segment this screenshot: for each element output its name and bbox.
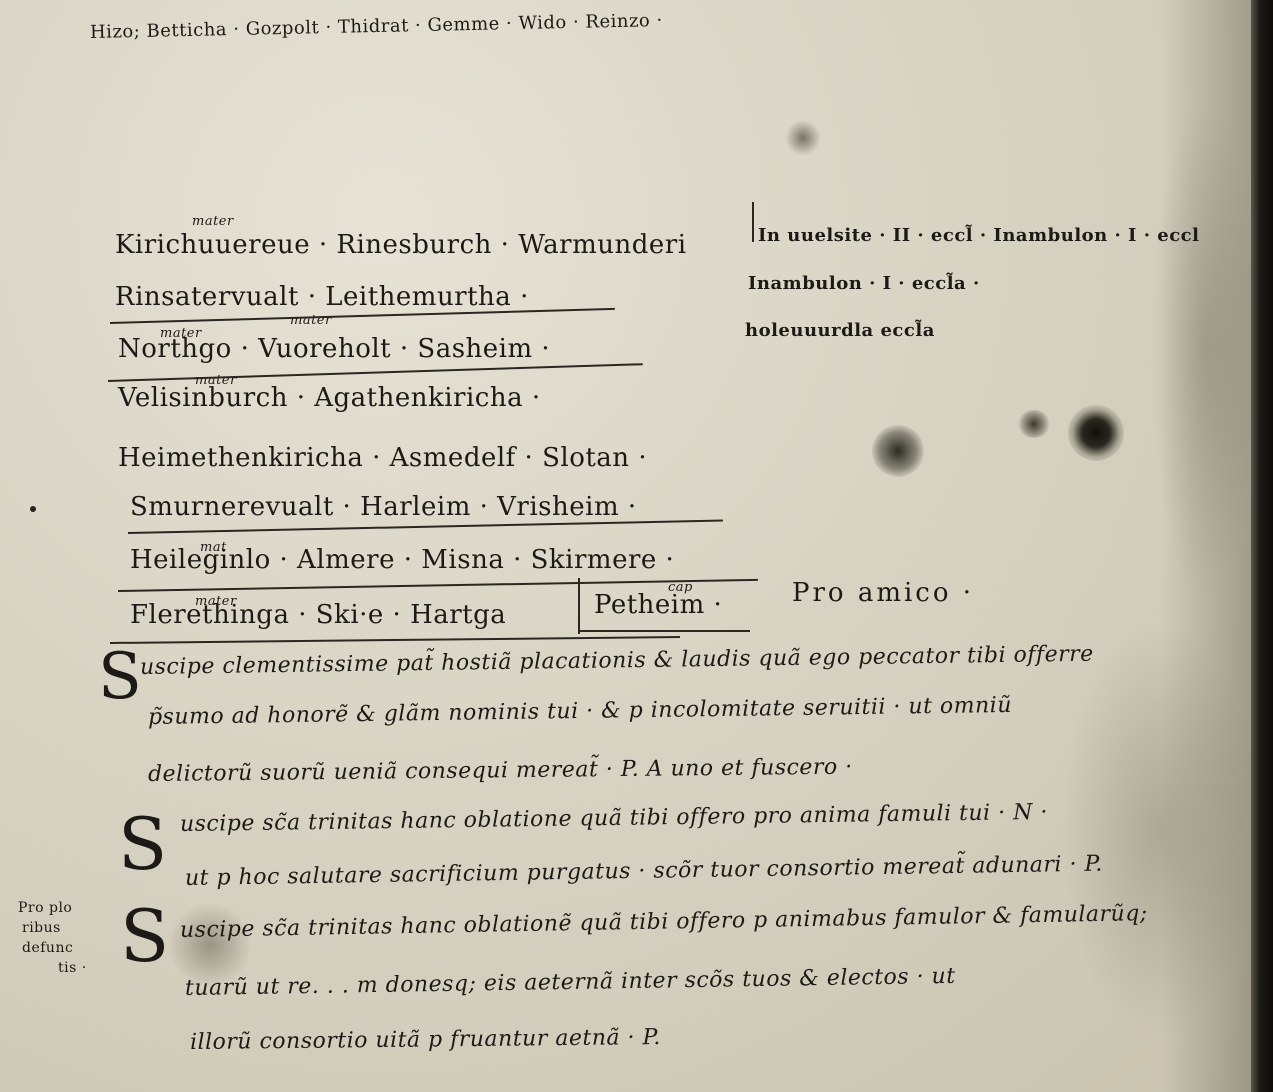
underline-rule <box>110 636 680 644</box>
superscript-mater: mater <box>192 214 234 229</box>
ink-stain <box>1018 410 1050 438</box>
ink-stain <box>1068 405 1124 461</box>
place-row: Rinsatervualt · Leithemurtha · <box>115 282 529 312</box>
ink-stain <box>872 425 924 477</box>
header-names-line: Hizo; Betticha · Gozpolt · Thidrat · Gem… <box>90 10 663 43</box>
gutter-shadow <box>1161 0 1251 1092</box>
place-row-boxed: Petheim · <box>594 590 722 620</box>
ink-stain <box>785 120 821 156</box>
column-mark <box>752 202 754 242</box>
place-row: Flerethinga · Ski·e · Hartga <box>130 600 506 630</box>
prayer-initial: S <box>120 900 169 972</box>
place-row: Velisinburch · Agathenkiricha · <box>118 383 541 413</box>
right-column-line: holeuuurdla eccl̃a <box>745 320 935 341</box>
margin-note-line: defunc <box>18 938 87 958</box>
place-row: Kirichuuereue · Rinesburch · Warmunderi <box>115 230 687 260</box>
prayer-line: delictorũ suorũ ueniã consequi mereat̃ ·… <box>148 755 853 787</box>
prayer-line: ut p hoc salutare sacrificium purgatus ·… <box>185 852 1103 891</box>
prayer-line: uscipe sc̃a trinitas hanc oblatione quã … <box>180 800 1048 837</box>
manuscript-page: Hizo; Betticha · Gozpolt · Thidrat · Gem… <box>0 0 1273 1092</box>
margin-note-line: tis · <box>18 958 87 978</box>
margin-note: Pro plo ribus defunc tis · <box>18 898 87 978</box>
margin-note-line: ribus <box>18 918 87 938</box>
underline-rule <box>108 363 643 382</box>
place-row: Smurnerevualt · Harleim · Vrisheim · <box>130 492 637 522</box>
prayer-line: uscipe clementissime pat̃ hostiã placati… <box>140 642 1094 680</box>
place-row: Heimethenkiricha · Asmedelf · Slotan · <box>118 443 647 473</box>
underline-rule <box>578 630 750 632</box>
prayer-line: illorũ consortio uitã p fruantur aetnã ·… <box>190 1025 661 1055</box>
binding-gutter <box>1251 0 1273 1092</box>
ink-dot <box>30 506 36 512</box>
prayer-initial: S <box>98 645 142 709</box>
place-row: Northgo · Vuoreholt · Sasheim · <box>118 334 550 364</box>
pro-amico-heading: Pro amico · <box>792 578 974 608</box>
prayer-line: tuarũ ut re. . . m donesq; eis aeternã i… <box>185 964 956 1001</box>
right-column-line: Inambulon · I · eccl̃a · <box>748 273 980 294</box>
prayer-line: p̃sumo ad honorẽ & glãm nominis tui · & … <box>148 693 1012 730</box>
prayer-line: uscipe sc̃a trinitas hanc oblationẽ quã … <box>180 901 1148 943</box>
margin-note-line: Pro plo <box>18 898 87 918</box>
right-column-line: In uuelsite · II · eccl̃ · Inambulon · I… <box>758 225 1199 246</box>
place-row: Heileginlo · Almere · Misna · Skirmere · <box>130 545 674 575</box>
box-rule <box>578 578 580 634</box>
prayer-initial: S <box>118 808 167 880</box>
